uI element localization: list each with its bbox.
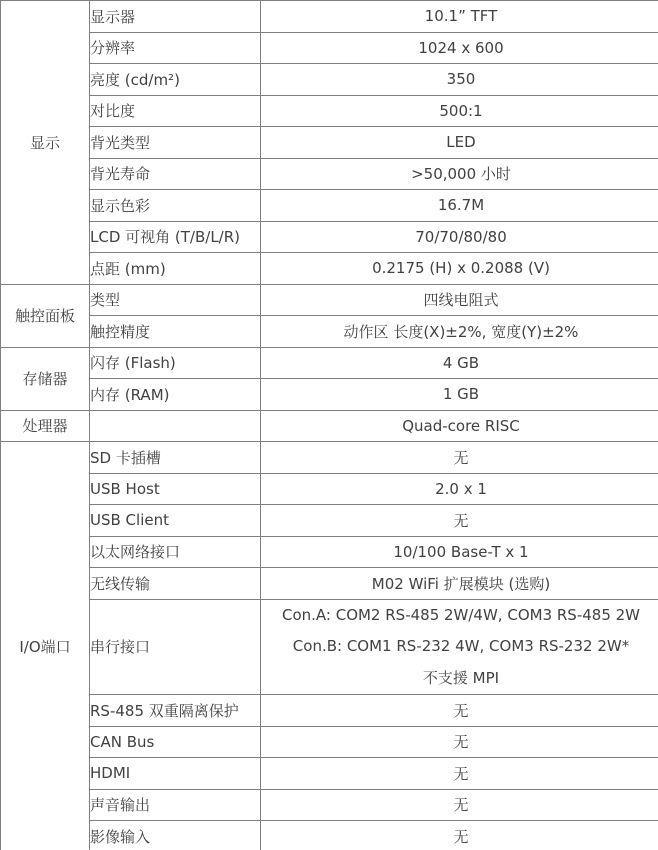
table-row: CAN Bus无 bbox=[1, 726, 658, 758]
table-row: RS-485 双重隔离保护无 bbox=[1, 695, 658, 727]
table-row: 显示显示器10.1” TFT bbox=[1, 1, 658, 33]
spec-value-cell: 10/100 Base-T x 1 bbox=[261, 536, 658, 568]
table-row: 串行接口Con.A: COM2 RS-485 2W/4W, COM3 RS-48… bbox=[1, 599, 658, 695]
table-row: 存储器闪存 (Flash)4 GB bbox=[1, 347, 658, 379]
table-row: 声音输出无 bbox=[1, 789, 658, 821]
spec-value-cell: 1 GB bbox=[261, 379, 658, 411]
table-row: 处理器Quad-core RISC bbox=[1, 410, 658, 442]
spec-label-cell: 闪存 (Flash) bbox=[90, 347, 261, 379]
spec-table-body: 显示显示器10.1” TFT分辨率1024 x 600亮度 (cd/m²)350… bbox=[1, 1, 658, 850]
table-row: USB Host2.0 x 1 bbox=[1, 473, 658, 505]
spec-value-cell: 4 GB bbox=[261, 347, 658, 379]
spec-value-line: Con.B: COM1 RS-232 4W, COM3 RS-232 2W* bbox=[261, 631, 658, 663]
spec-value-cell: 无 bbox=[261, 821, 658, 850]
spec-value-cell: Quad-core RISC bbox=[261, 410, 658, 442]
spec-value-cell: 无 bbox=[261, 505, 658, 537]
spec-value-cell: 无 bbox=[261, 758, 658, 790]
spec-value-cell: 动作区 长度(X)±2%, 宽度(Y)±2% bbox=[261, 316, 658, 348]
spec-value-cell: >50,000 小时 bbox=[261, 158, 658, 190]
spec-label-cell: 串行接口 bbox=[90, 599, 261, 695]
spec-label-cell: LCD 可视角 (T/B/L/R) bbox=[90, 221, 261, 253]
spec-value-cell: 0.2175 (H) x 0.2088 (V) bbox=[261, 253, 658, 285]
spec-label-cell: HDMI bbox=[90, 758, 261, 790]
spec-label-cell: CAN Bus bbox=[90, 726, 261, 758]
spec-value-cell: 无 bbox=[261, 726, 658, 758]
spec-value-cell: 70/70/80/80 bbox=[261, 221, 658, 253]
table-row: LCD 可视角 (T/B/L/R)70/70/80/80 bbox=[1, 221, 658, 253]
spec-label-cell: 分辨率 bbox=[90, 32, 261, 64]
spec-value-cell: 无 bbox=[261, 789, 658, 821]
spec-label-cell: 以太网络接口 bbox=[90, 536, 261, 568]
spec-label-cell: 显示器 bbox=[90, 1, 261, 33]
spec-label-cell: 背光寿命 bbox=[90, 158, 261, 190]
spec-label-cell: 背光类型 bbox=[90, 127, 261, 159]
spec-table: 显示显示器10.1” TFT分辨率1024 x 600亮度 (cd/m²)350… bbox=[0, 0, 658, 850]
spec-label-cell: 点距 (mm) bbox=[90, 253, 261, 285]
category-cell: 存储器 bbox=[1, 347, 90, 410]
table-row: 影像输入无 bbox=[1, 821, 658, 850]
spec-label-cell: 影像输入 bbox=[90, 821, 261, 850]
spec-value-cell: Con.A: COM2 RS-485 2W/4W, COM3 RS-485 2W… bbox=[261, 599, 658, 695]
spec-value-cell: 无 bbox=[261, 695, 658, 727]
table-row: 点距 (mm)0.2175 (H) x 0.2088 (V) bbox=[1, 253, 658, 285]
spec-label-cell: 声音输出 bbox=[90, 789, 261, 821]
spec-value-cell: 2.0 x 1 bbox=[261, 473, 658, 505]
spec-value-cell: 350 bbox=[261, 64, 658, 96]
table-row: 内存 (RAM)1 GB bbox=[1, 379, 658, 411]
spec-value-cell: 16.7M bbox=[261, 190, 658, 222]
spec-value-cell: 500:1 bbox=[261, 95, 658, 127]
spec-label-cell: RS-485 双重隔离保护 bbox=[90, 695, 261, 727]
spec-label-cell: 无线传输 bbox=[90, 568, 261, 600]
spec-value-cell: 四线电阻式 bbox=[261, 284, 658, 316]
category-cell: 触控面板 bbox=[1, 284, 90, 347]
spec-label-cell: 显示色彩 bbox=[90, 190, 261, 222]
spec-value-line: 不支援 MPI bbox=[261, 663, 658, 695]
spec-label-cell: 亮度 (cd/m²) bbox=[90, 64, 261, 96]
category-cell: I/O端口 bbox=[1, 442, 90, 850]
category-cell: 处理器 bbox=[1, 410, 90, 442]
table-row: 触控精度动作区 长度(X)±2%, 宽度(Y)±2% bbox=[1, 316, 658, 348]
category-cell: 显示 bbox=[1, 1, 90, 285]
table-row: 背光寿命>50,000 小时 bbox=[1, 158, 658, 190]
spec-label-cell: 对比度 bbox=[90, 95, 261, 127]
table-row: 背光类型LED bbox=[1, 127, 658, 159]
table-row: USB Client无 bbox=[1, 505, 658, 537]
spec-value-cell: 1024 x 600 bbox=[261, 32, 658, 64]
spec-label-cell: 触控精度 bbox=[90, 316, 261, 348]
spec-label-cell: SD 卡插槽 bbox=[90, 442, 261, 474]
table-row: 亮度 (cd/m²)350 bbox=[1, 64, 658, 96]
table-row: HDMI无 bbox=[1, 758, 658, 790]
spec-label-cell: 类型 bbox=[90, 284, 261, 316]
spec-value-line: Con.A: COM2 RS-485 2W/4W, COM3 RS-485 2W bbox=[261, 600, 658, 632]
table-row: 触控面板类型四线电阻式 bbox=[1, 284, 658, 316]
table-row: 无线传输M02 WiFi 扩展模块 (选购) bbox=[1, 568, 658, 600]
table-row: 显示色彩16.7M bbox=[1, 190, 658, 222]
spec-value-cell: LED bbox=[261, 127, 658, 159]
spec-label-cell: 内存 (RAM) bbox=[90, 379, 261, 411]
table-row: 以太网络接口10/100 Base-T x 1 bbox=[1, 536, 658, 568]
spec-label-cell bbox=[90, 410, 261, 442]
spec-value-cell: M02 WiFi 扩展模块 (选购) bbox=[261, 568, 658, 600]
spec-value-cell: 无 bbox=[261, 442, 658, 474]
spec-label-cell: USB Client bbox=[90, 505, 261, 537]
table-row: 对比度500:1 bbox=[1, 95, 658, 127]
spec-value-cell: 10.1” TFT bbox=[261, 1, 658, 33]
table-row: I/O端口SD 卡插槽无 bbox=[1, 442, 658, 474]
table-row: 分辨率1024 x 600 bbox=[1, 32, 658, 64]
spec-label-cell: USB Host bbox=[90, 473, 261, 505]
